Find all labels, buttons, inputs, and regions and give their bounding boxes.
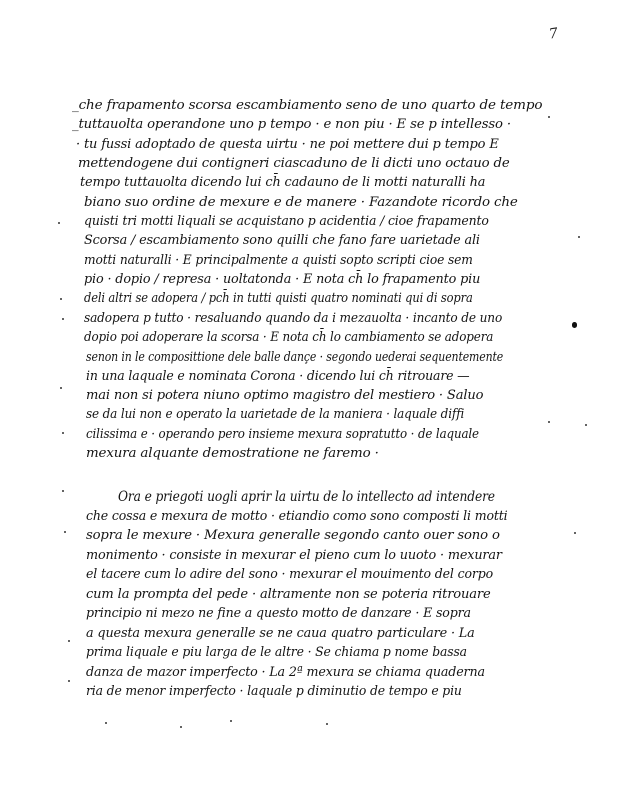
text-line: mai non si potera niuno optimo magistro … bbox=[86, 387, 483, 405]
manuscript-page: 7 _che frapamento scorsa escambiamento s… bbox=[0, 0, 634, 801]
text-line: ria de menor imperfecto · laquale p dimi… bbox=[86, 683, 462, 701]
scan-speck bbox=[548, 421, 550, 423]
text-line: biano suo ordine de mexure e de manere ·… bbox=[84, 194, 518, 212]
scan-speck bbox=[60, 387, 62, 389]
text-line: Scorsa / escambiamento sono quilli che f… bbox=[84, 232, 480, 250]
text-line: cilissima e · operando pero insieme mexu… bbox=[86, 426, 479, 444]
scan-speck bbox=[68, 640, 70, 642]
scan-speck bbox=[62, 318, 64, 320]
scan-speck bbox=[574, 532, 576, 534]
scan-speck bbox=[62, 432, 64, 434]
text-line: senon in le composittione dele balle dan… bbox=[86, 349, 503, 367]
text-line: Ora e priegoti uogli aprir la uirtu de l… bbox=[118, 488, 495, 506]
scan-speck bbox=[548, 116, 550, 118]
scan-speck bbox=[60, 298, 62, 300]
scan-speck bbox=[64, 531, 66, 533]
scan-speck bbox=[230, 720, 232, 722]
text-line: quisti tri motti liquali se acquistano p… bbox=[84, 213, 489, 231]
text-line: monimento · consiste in mexurar el pieno… bbox=[86, 547, 502, 565]
folio-number: 7 bbox=[548, 25, 559, 42]
text-line: _che frapamento scorsa escambiamento sen… bbox=[72, 97, 542, 115]
text-line: deli altri se adopera / pch̄ in tutti qu… bbox=[84, 290, 473, 308]
text-line: el tacere cum lo adire del sono · mexura… bbox=[86, 566, 493, 584]
text-line: · tu fussi adoptado de questa uirtu · ne… bbox=[76, 136, 499, 154]
text-line: cum la prompta del pede · altramente non… bbox=[86, 586, 491, 604]
text-line: sopra le mexure · Mexura generalle segon… bbox=[86, 527, 500, 545]
scan-speck bbox=[68, 680, 70, 682]
scan-speck bbox=[105, 722, 107, 724]
text-line: mettendogene dui contigneri ciascaduno d… bbox=[78, 155, 510, 173]
text-line: che cossa e mexura de motto · etiandio c… bbox=[86, 508, 508, 526]
scan-speck bbox=[62, 490, 64, 492]
text-line: pio · dopio / represa · uoltatonda · E n… bbox=[84, 271, 480, 289]
scan-speck bbox=[326, 723, 328, 725]
text-line: se da lui non e operato la uarietade de … bbox=[86, 406, 464, 424]
text-line: sadopera p tutto · resaluando quando da … bbox=[84, 310, 502, 328]
ink-blot bbox=[572, 322, 577, 328]
text-line: prima liquale e piu larga de le altre · … bbox=[86, 644, 467, 662]
text-line: tempo tuttauolta dicendo lui ch̄ cadauno… bbox=[80, 174, 485, 192]
text-line: danza de mazor imperfecto · La 2ª mexura… bbox=[86, 664, 485, 682]
text-line: mexura alquante demostratione ne faremo … bbox=[86, 445, 379, 463]
scan-speck bbox=[585, 424, 587, 426]
text-line: principio ni mezo ne fine a questo motto… bbox=[86, 605, 471, 623]
scan-speck bbox=[578, 236, 580, 238]
text-line: motti naturalli · E principalmente a qui… bbox=[84, 252, 473, 270]
text-line: in una laquale e nominata Corona · dicen… bbox=[86, 368, 470, 386]
text-line: _tuttauolta operandone uno p tempo · e n… bbox=[72, 116, 511, 134]
scan-speck bbox=[58, 222, 60, 224]
text-line: dopio poi adoperare la scorsa · E nota c… bbox=[84, 329, 493, 347]
scan-speck bbox=[180, 726, 182, 728]
text-line: a questa mexura generalle se ne caua qua… bbox=[86, 625, 475, 643]
